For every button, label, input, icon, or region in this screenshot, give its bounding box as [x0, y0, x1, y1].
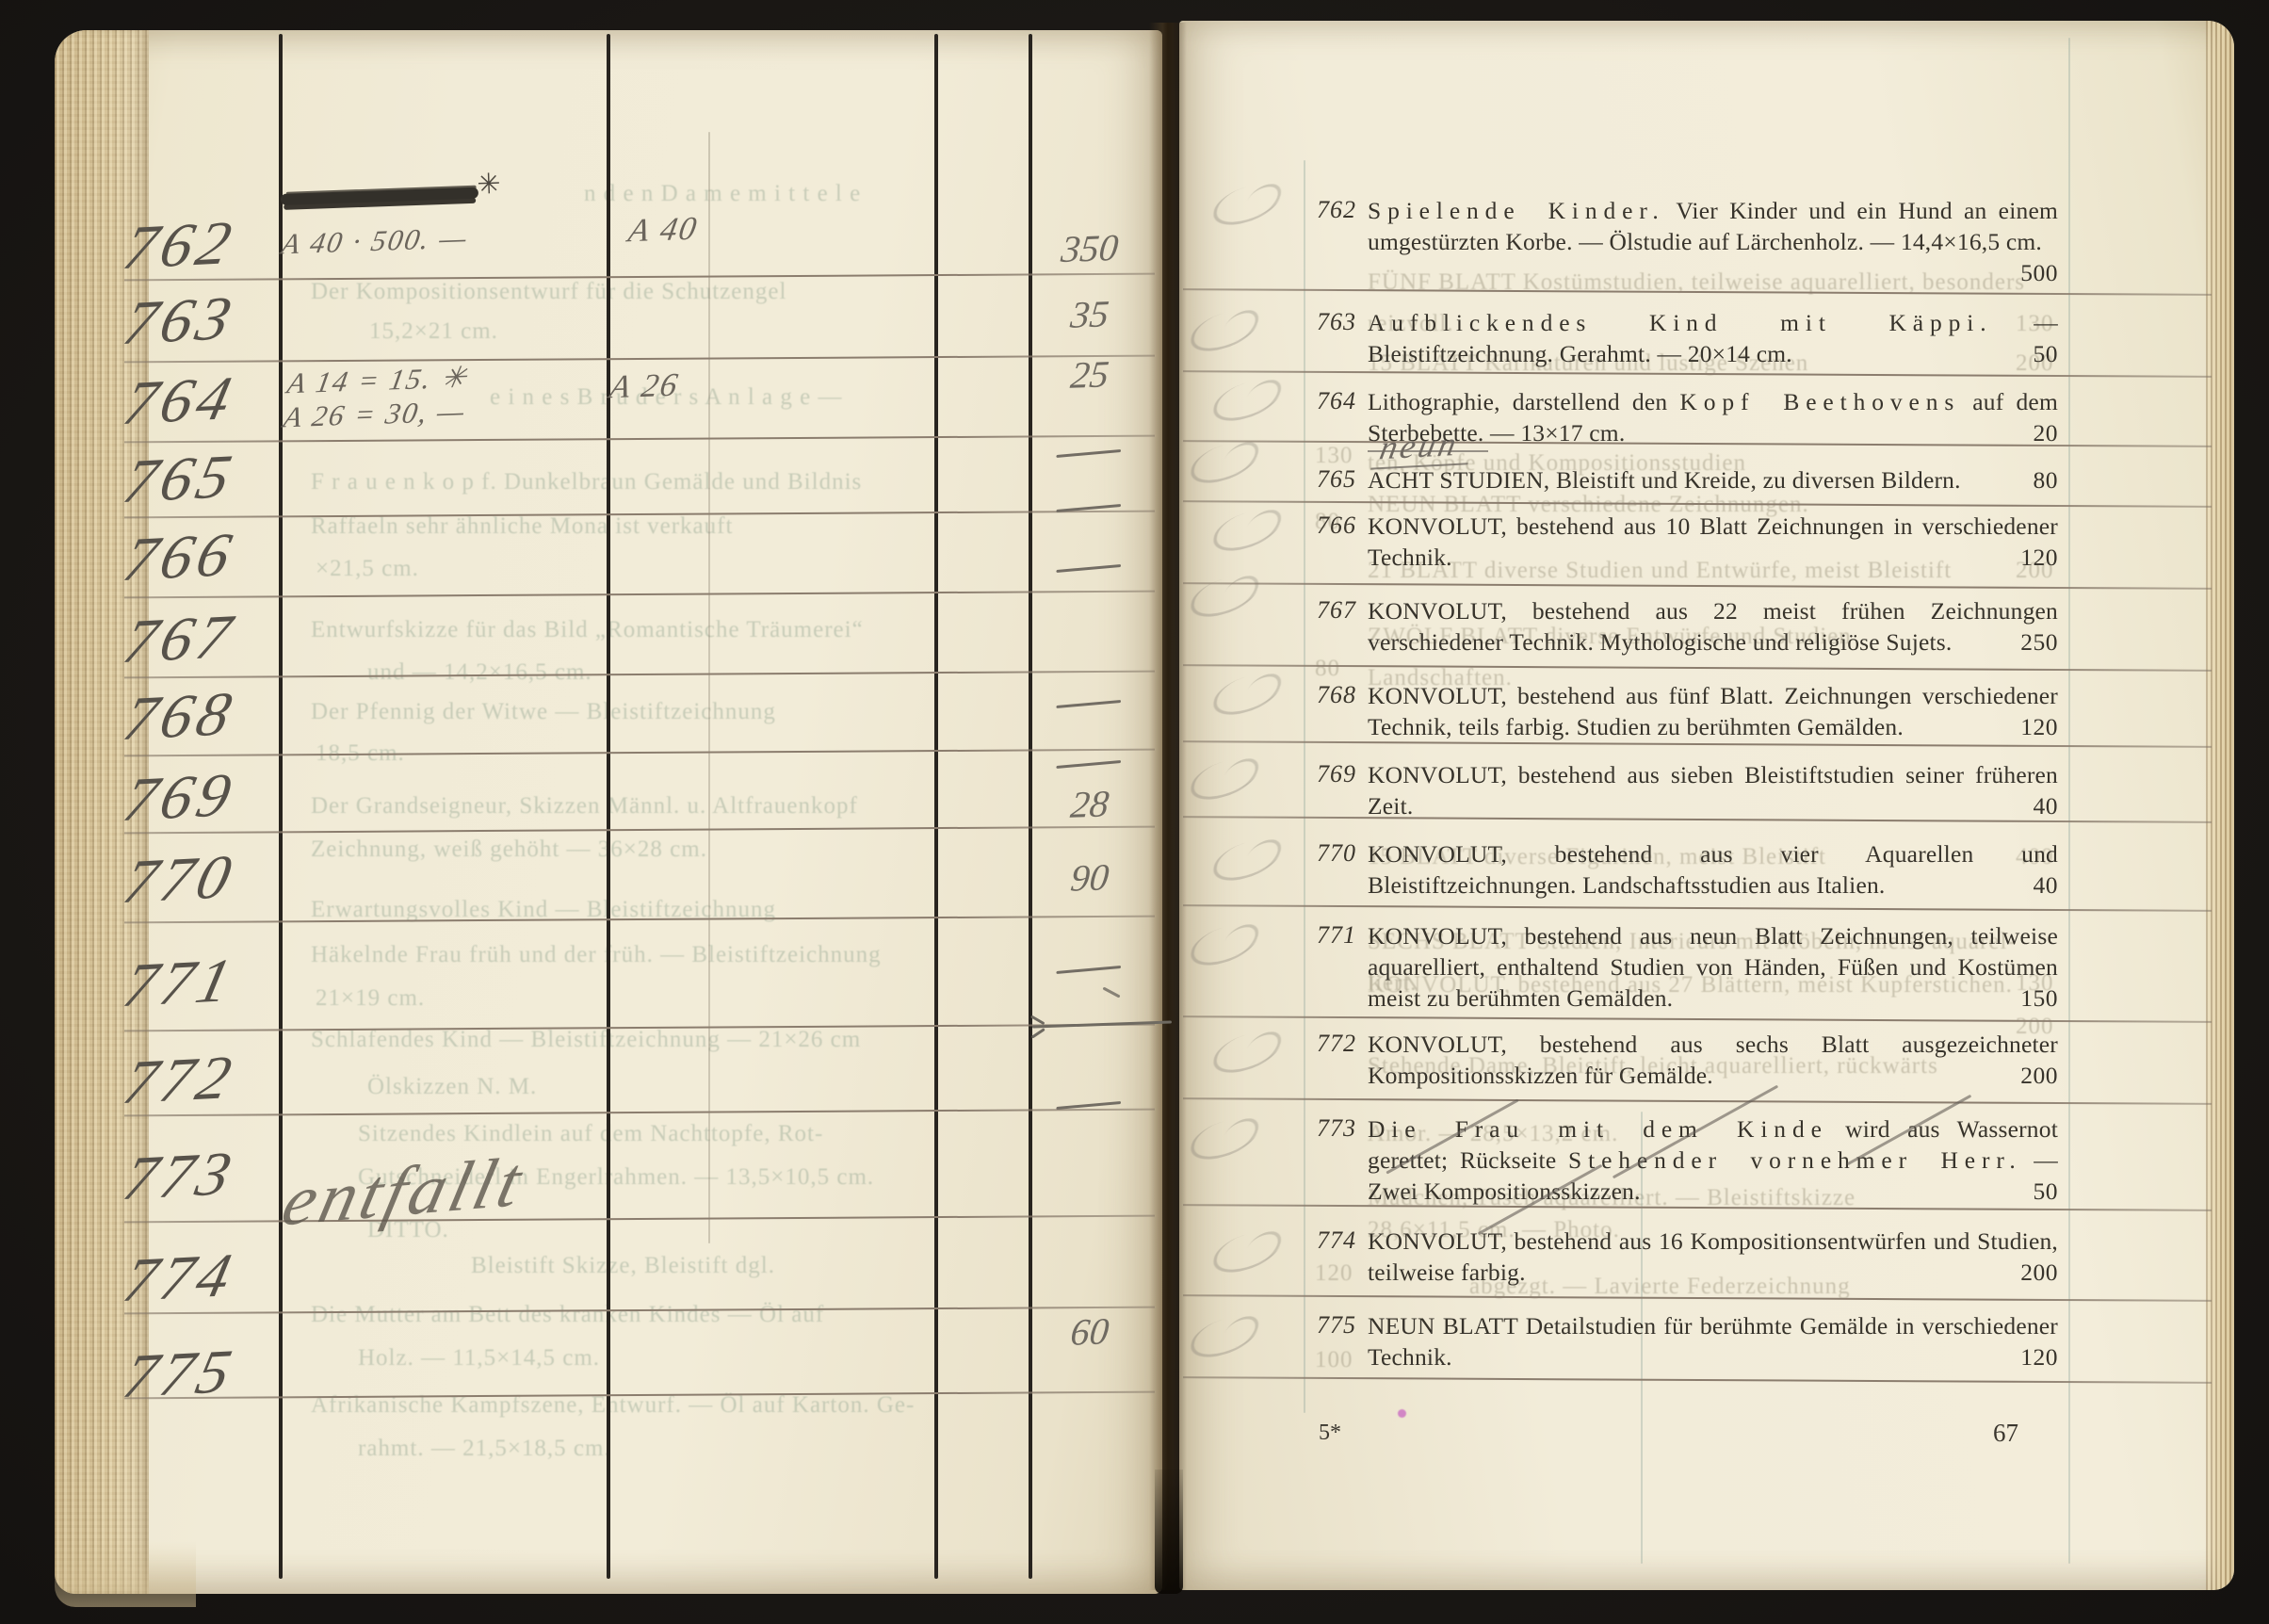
entry-number: 762	[1313, 196, 1356, 224]
entry-number: 763	[1313, 308, 1356, 336]
catalog-entry: 767KONVOLUT, bestehend aus 22 meist früh…	[1313, 595, 2063, 658]
dash-mark	[1056, 449, 1121, 458]
annotation-col3-764: A 26	[607, 366, 682, 407]
entry-text-run: ACHT STUDIEN, Bleistift und Kreide, zu d…	[1368, 466, 1961, 494]
catalog-entry: 775NEUN BLATT Detailstudien für berühmte…	[1313, 1310, 2063, 1372]
lot-number: 773	[117, 1136, 286, 1215]
catalog-entry: 765ACHT STUDIEN, Bleistift und Kreide, z…	[1313, 464, 2063, 495]
result-value	[1031, 1070, 1147, 1118]
lot-number: 769	[117, 757, 286, 836]
book-gutter	[1149, 23, 1187, 1590]
entry-text-run: KONVOLUT, bestehend aus 22 meist frühen …	[1368, 597, 2058, 656]
result-value: 350	[1031, 224, 1147, 272]
price-value: 120	[2020, 1341, 2058, 1372]
catalog-entry: 773Die Frau mit dem Kinde wird aus Wasse…	[1313, 1113, 2063, 1207]
entry-text-run: KONVOLUT, bestehend aus fünf Blatt. Zeic…	[1368, 682, 2058, 740]
lot-number: 768	[117, 676, 286, 755]
entry-text: KONVOLUT, bestehend aus sechs Blatt ausg…	[1368, 1029, 2058, 1091]
price-value: 200	[2020, 1257, 2058, 1288]
lot-number: 775	[117, 1334, 286, 1413]
dash-mark	[1056, 700, 1121, 708]
entry-number: 774	[1313, 1226, 1356, 1255]
price-value: 200	[2020, 1060, 2058, 1091]
price-value: 40	[2034, 790, 2059, 821]
entry-title-spaced: Kopf Beethovens	[1679, 388, 1960, 415]
result-value: 28	[1031, 780, 1147, 828]
entry-text: Aufblickendes Kind mit Käppi. — Bleistif…	[1368, 307, 2058, 369]
dash-mark	[1056, 504, 1121, 512]
entry-text-run: NEUN BLATT Detailstudien für berühmte Ge…	[1368, 1312, 2058, 1371]
entry-number: 767	[1313, 596, 1356, 625]
result-value	[1031, 473, 1147, 521]
result-value	[1031, 729, 1147, 777]
price-value: 20	[2034, 417, 2059, 448]
lot-number: 766	[117, 517, 286, 596]
entry-text-run: KONVOLUT, bestehend aus vier Aquarellen …	[1368, 840, 2058, 899]
price-value: 120	[2020, 711, 2058, 742]
catalog-entry: 769KONVOLUT, bestehend aus sieben Bleist…	[1313, 759, 2063, 821]
entry-text-run: KONVOLUT, bestehend aus 16 Kompositionse…	[1368, 1227, 2058, 1286]
entry-text: KONVOLUT, bestehend aus 22 meist frühen …	[1368, 595, 2058, 658]
entry-text: ACHT STUDIEN, Bleistift und Kreide, zu d…	[1368, 464, 2058, 495]
entry-number: 765	[1313, 465, 1356, 494]
pink-speck	[1398, 1409, 1406, 1418]
price-value: 150	[2020, 983, 2058, 1014]
catalog-entry: 762Spielende Kinder. Vier Kinder und ein…	[1313, 195, 2063, 288]
entry-number: 773	[1313, 1114, 1356, 1143]
entry-text-run: KONVOLUT, bestehend aus neun Blatt Zeich…	[1368, 922, 2058, 1012]
entry-number: 771	[1313, 921, 1356, 950]
signature-mark: 5*	[1319, 1421, 1341, 1446]
result-value	[1031, 934, 1147, 983]
result-value: 60	[1031, 1307, 1147, 1356]
catalog-entry: 770KONVOLUT, bestehend aus vier Aquarell…	[1313, 838, 2063, 901]
book-photo: n d e n D a m e m i t t e l eDer Komposi…	[0, 0, 2269, 1624]
gutter-shadow	[1155, 1470, 1183, 1594]
entry-text: KONVOLUT, bestehend aus 16 Kompositionse…	[1368, 1226, 2058, 1288]
dash-mark	[1056, 1101, 1121, 1110]
lot-number: 771	[117, 943, 286, 1022]
entry-number: 770	[1313, 839, 1356, 868]
pencil-correction-note: neun	[1370, 423, 1476, 469]
pencil-underline	[1368, 450, 1488, 452]
show-through-rule	[1304, 160, 1305, 1413]
entry-number: 775	[1313, 1311, 1356, 1340]
entry-number: 769	[1313, 760, 1356, 788]
catalog-entry: 772KONVOLUT, bestehend aus sechs Blatt a…	[1313, 1029, 2063, 1091]
show-through-rule	[2068, 38, 2070, 1564]
ink-scribble	[281, 187, 478, 205]
dash-mark	[1056, 760, 1121, 769]
catalog-entry: 768KONVOLUT, bestehend aus fünf Blatt. Z…	[1313, 680, 2063, 742]
result-value: 25	[1031, 350, 1147, 398]
lot-number: 762	[117, 205, 286, 284]
entry-title-spaced: Aufblickendes Kind mit Käppi.	[1368, 309, 1992, 336]
result-value	[1031, 418, 1147, 466]
entry-text-run: Lithographie, darstellend den	[1368, 388, 1679, 415]
price-value: 80	[2034, 464, 2059, 495]
result-value: 35	[1031, 290, 1147, 338]
catalog-entry: 763Aufblickendes Kind mit Käppi. — Bleis…	[1313, 307, 2063, 369]
annotation-col3-762: A 40	[625, 210, 701, 251]
entry-number: 766	[1313, 512, 1356, 540]
dash-mark	[1056, 966, 1121, 974]
entry-number: 768	[1313, 681, 1356, 709]
catalog-entry: 766KONVOLUT, bestehend aus 10 Blatt Zeic…	[1313, 511, 2063, 573]
price-value: 50	[2034, 338, 2059, 369]
entry-text-run: KONVOLUT, bestehend aus 10 Blatt Zeichnu…	[1368, 512, 2058, 571]
column-rule	[934, 34, 938, 1579]
entry-text: KONVOLUT, bestehend aus neun Blatt Zeich…	[1368, 920, 2058, 1014]
entry-text: KONVOLUT, bestehend aus 10 Blatt Zeichnu…	[1368, 511, 2058, 573]
entry-number: 772	[1313, 1030, 1356, 1058]
entry-text-run: KONVOLUT, bestehend aus sieben Bleistift…	[1368, 761, 2058, 820]
lot-number: 772	[117, 1040, 286, 1119]
annotation-764-line2: A 26 = 30, —	[281, 395, 468, 435]
price-value: 250	[2020, 626, 2058, 658]
lot-number: 770	[117, 839, 286, 918]
page-number: 67	[1993, 1419, 2018, 1448]
lot-number: 774	[117, 1238, 286, 1317]
entry-text-run: KONVOLUT, bestehend aus sechs Blatt ausg…	[1368, 1031, 2058, 1089]
lot-number: 767	[117, 599, 286, 678]
lot-number: 765	[117, 439, 286, 518]
lot-number: 764	[117, 361, 286, 440]
column-rule	[607, 34, 610, 1579]
entry-text: KONVOLUT, bestehend aus vier Aquarellen …	[1368, 838, 2058, 901]
entry-text: NEUN BLATT Detailstudien für berühmte Ge…	[1368, 1310, 2058, 1372]
dash-mark	[1056, 564, 1121, 573]
entry-title-spaced: Spielende Kinder.	[1368, 197, 1665, 224]
fore-edge	[2206, 21, 2234, 1590]
entry-text: Spielende Kinder. Vier Kinder und ein Hu…	[1368, 195, 2058, 257]
entry-title-spaced: Die Frau mit dem Kinde	[1368, 1115, 1828, 1143]
price-value: 40	[2034, 869, 2059, 901]
price-value: 500	[2020, 257, 2058, 288]
catalog-entry: 774KONVOLUT, bestehend aus 16 Kompositio…	[1313, 1226, 2063, 1288]
entry-text: KONVOLUT, bestehend aus sieben Bleistift…	[1368, 759, 2058, 821]
result-value	[1031, 669, 1147, 717]
annotation-762: A 40 · 500. —	[279, 221, 471, 262]
page-corner-shadow	[55, 1541, 196, 1607]
entry-title-spaced: Stehender vornehmer Herr.	[1568, 1146, 2022, 1174]
lot-number: 763	[117, 281, 286, 360]
entry-number: 764	[1313, 387, 1356, 415]
catalog-entry: 771KONVOLUT, bestehend aus neun Blatt Ze…	[1313, 920, 2063, 1014]
column-rule-faint	[708, 132, 710, 1243]
entry-text: KONVOLUT, bestehend aus fünf Blatt. Zeic…	[1368, 680, 2058, 742]
price-value: 50	[2034, 1176, 2059, 1207]
price-value: 120	[2020, 542, 2058, 573]
asterisk-mark: ✳	[477, 168, 501, 202]
result-value	[1031, 533, 1147, 581]
result-value: 90	[1031, 853, 1147, 901]
